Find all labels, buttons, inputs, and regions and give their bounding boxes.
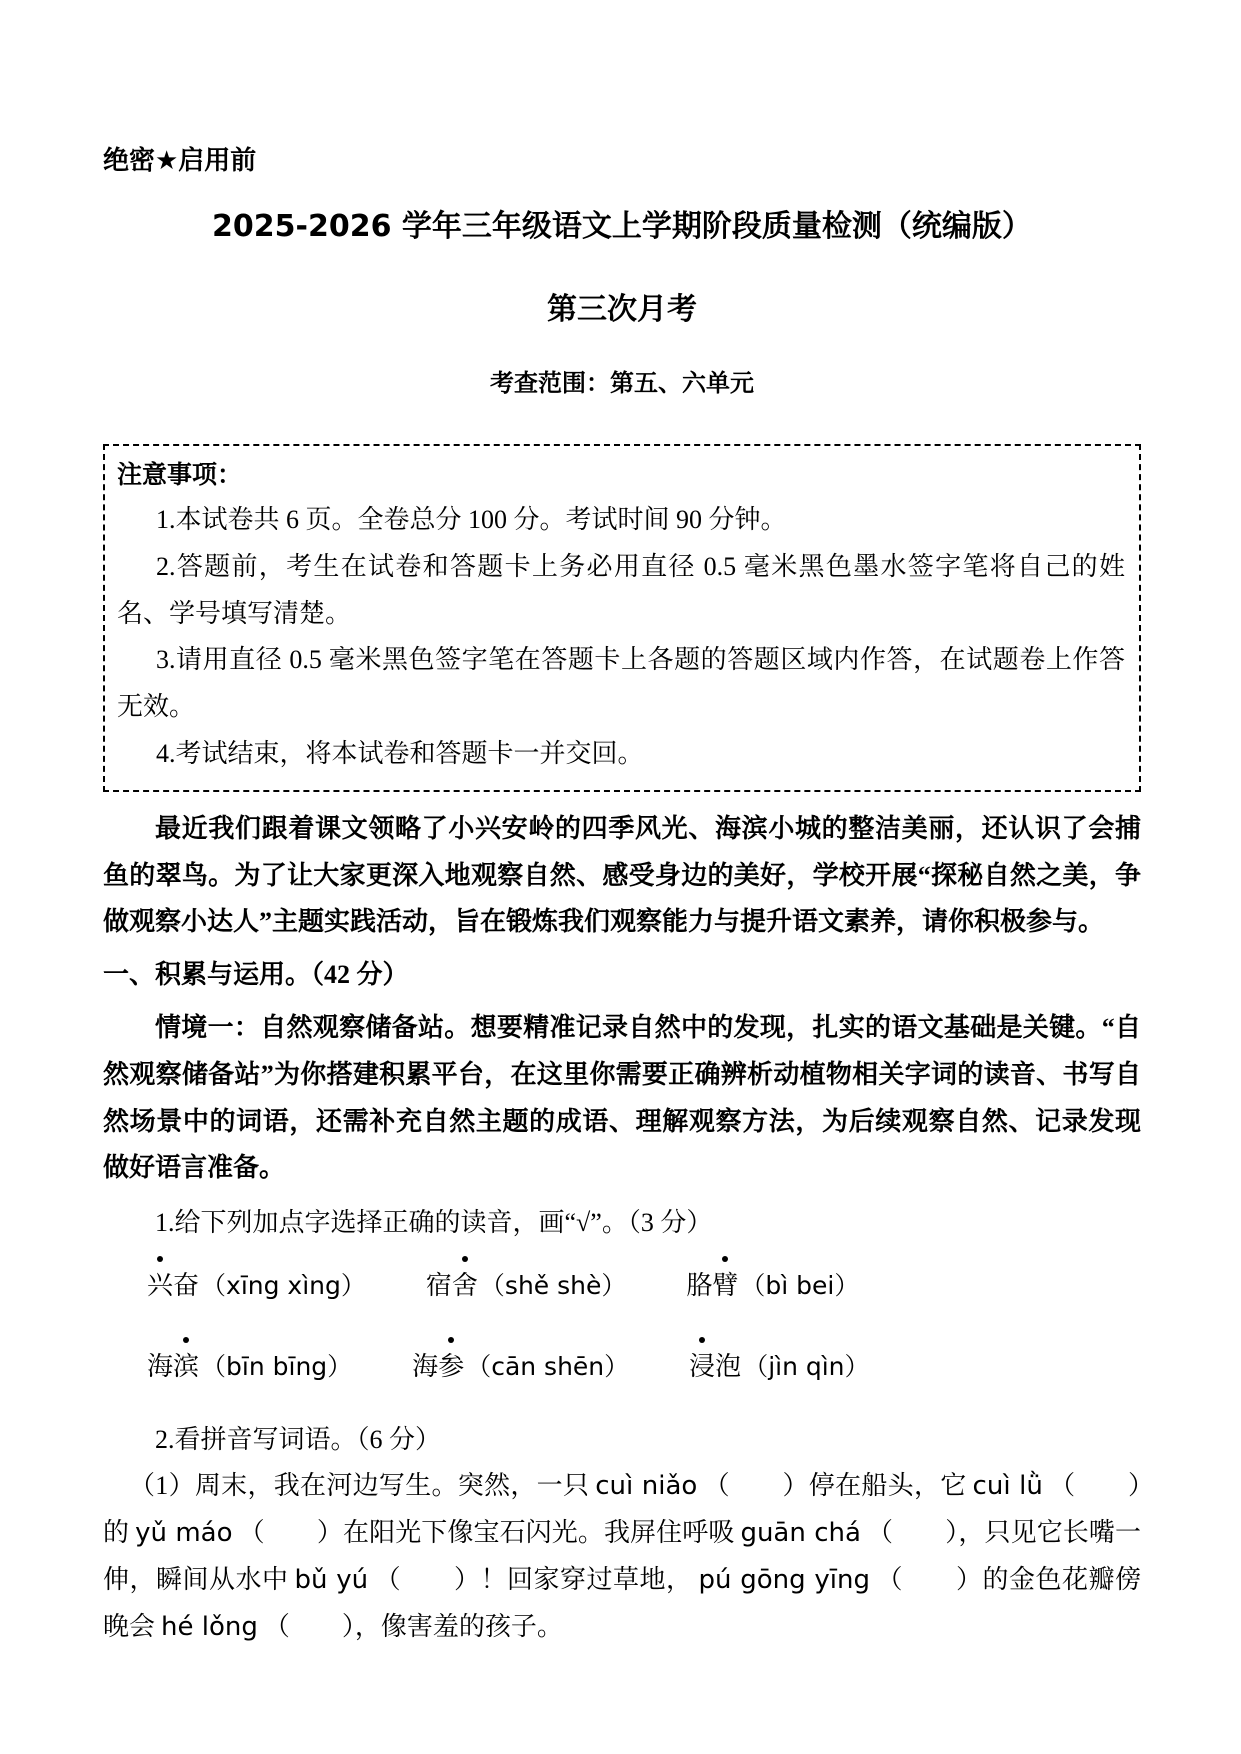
dotted-char: 滨 [173,1344,199,1391]
pinyin-options: （jìn qìn） [743,1352,869,1381]
pinyin-options: （bīn bīng） [201,1352,352,1381]
dotted-char: 参 [438,1344,464,1391]
dotted-char: 兴 [147,1263,173,1310]
pinyin-clue: guān chá [740,1518,860,1548]
word-post: 奋 [173,1271,199,1300]
notice-item-2: 2.答题前，考生在试卷和答题卡上务必用直径 0.5 毫米黑色墨水签字笔将自己的姓… [117,544,1125,638]
pinyin-clue: cuì niǎo [595,1471,697,1501]
dotted-char: 臂 [712,1263,738,1310]
passage-text: （ ）在阳光下像宝石闪光。我屏住呼吸 [239,1518,735,1547]
pinyin-clue: bǔ yú [294,1565,368,1595]
passage-text: （ ）！回家穿过草地， [374,1565,692,1594]
section-1-heading: 一、积累与运用。（42 分） [103,952,1141,999]
notice-heading: 注意事项： [117,452,1125,497]
pinyin-options: （bì bei） [740,1271,859,1300]
pinyin-clue: yǔ máo [135,1518,232,1548]
exam-scope: 考查范围：第五、六单元 [103,363,1141,406]
q1-pinyin-row-1: 兴奋（xīng xìng） 宿舍（shě shè） 胳臂（bì bei） [103,1263,1141,1310]
word-post: 泡 [715,1352,741,1381]
pinyin-clue: hé lǒng [161,1612,258,1642]
secret-label: 绝密★启用前 [103,138,1141,185]
scenario-1-paragraph: 情境一：自然观察储备站。想要精准记录自然中的发现，扎实的语文基础是关键。“自然观… [103,1005,1141,1192]
passage-text: （ ），像害羞的孩子。 [264,1612,563,1641]
q1-word-xingfen: 兴奋（xīng xìng） [147,1263,366,1310]
q1-word-haishen: 海参（cān shēn） [412,1344,629,1391]
word-pre: 海 [412,1352,438,1381]
pinyin-clue: pú gōng yīng [699,1565,871,1595]
passage-text: （ ）停在船头，它 [703,1471,966,1500]
notice-item-1: 1.本试卷共 6 页。全卷总分 100 分。考试时间 90 分钟。 [117,497,1125,544]
notice-box: 注意事项： 1.本试卷共 6 页。全卷总分 100 分。考试时间 90 分钟。 … [103,444,1141,792]
pinyin-options: （xīng xìng） [201,1271,366,1300]
question-2-prompt: 2.看拼音写词语。（6 分） [103,1417,1141,1464]
question-1-prompt: 1.给下列加点字选择正确的读音，画“√”。（3 分） [103,1200,1141,1247]
word-pre: 海 [147,1352,173,1381]
pinyin-options: （shě shè） [480,1271,626,1300]
dotted-char: 浸 [689,1344,715,1391]
pinyin-options: （cān shēn） [466,1352,629,1381]
exam-page: 绝密★启用前 2025-2026 学年三年级语文上学期阶段质量检测（统编版） 第… [103,138,1141,1651]
notice-item-4: 4.考试结束，将本试卷和答题卡一并交回。 [117,731,1125,778]
word-pre: 胳 [686,1271,712,1300]
q2-passage-1: （1）周末，我在河边写生。突然，一只cuì niǎo（ ）停在船头，它cuì l… [103,1463,1141,1650]
exam-subtitle: 第三次月考 [103,290,1141,329]
intro-paragraph: 最近我们跟着课文领略了小兴安岭的四季风光、海滨小城的整洁美丽，还认识了会捕鱼的翠… [103,806,1141,946]
q1-word-jinpao: 浸泡（jìn qìn） [689,1344,869,1391]
notice-item-3: 3.请用直径 0.5 毫米黑色签字笔在答题卡上各题的答题区域内作答，在试题卷上作… [117,637,1125,731]
exam-title: 2025-2026 学年三年级语文上学期阶段质量检测（统编版） [103,207,1141,246]
passage-text: （1）周末，我在河边写生。突然，一只 [129,1471,589,1500]
q1-word-gebei: 胳臂（bì bei） [686,1263,859,1310]
q1-word-sushe: 宿舍（shě shè） [426,1263,626,1310]
q1-pinyin-row-2: 海滨（bīn bīng） 海参（cān shēn） 浸泡（jìn qìn） [103,1344,1141,1391]
word-pre: 宿 [426,1271,452,1300]
dotted-char: 舍 [452,1263,478,1310]
q1-word-haibin: 海滨（bīn bīng） [147,1344,352,1391]
pinyin-clue: cuì lǜ [973,1471,1043,1501]
